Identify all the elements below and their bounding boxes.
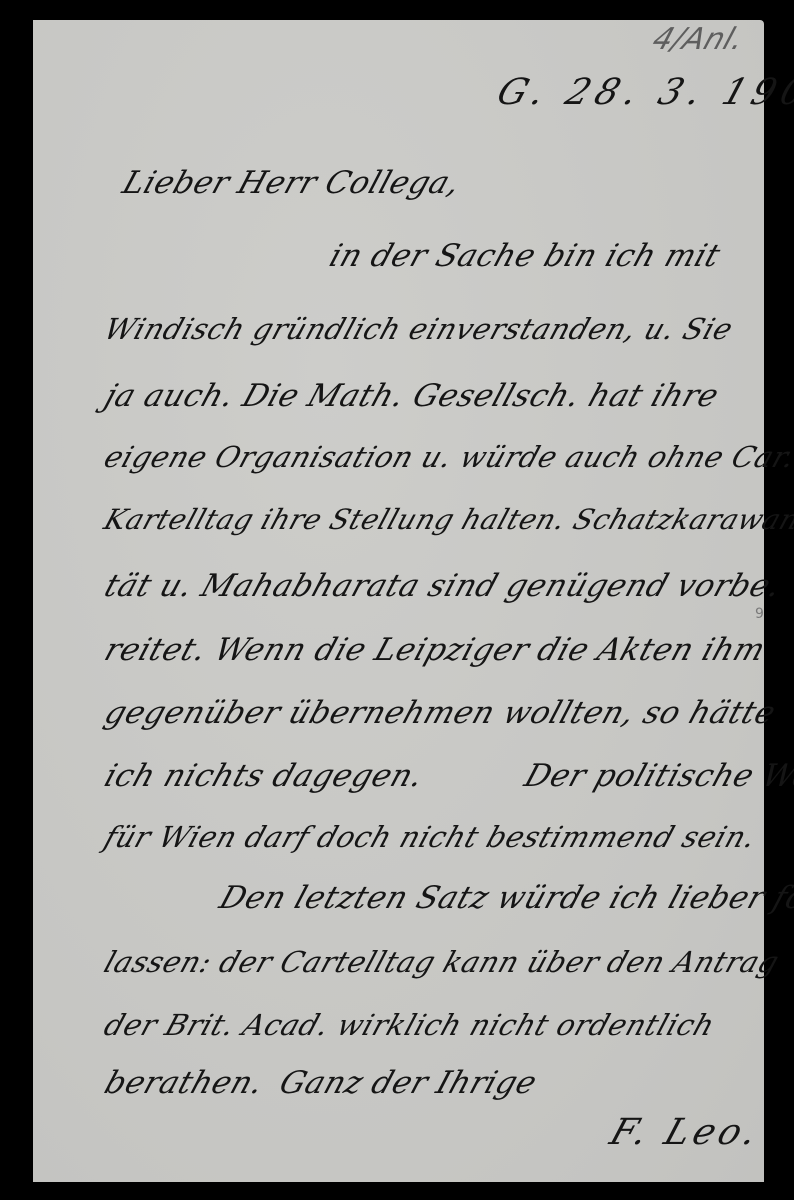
body-line-6: tät u. Mahabharata sind genügend vorbe. (100, 568, 786, 604)
archive-mark: 4/Anl. (648, 22, 749, 57)
letter-date: G. 28. 3. 1904 (492, 72, 794, 113)
body-line-14a: berathen. (100, 1065, 268, 1101)
closing: Ganz der Ihrige (275, 1065, 542, 1101)
body-line-11: Den letzten Satz würde ich lieber fort- (215, 880, 794, 916)
body-line-13: der Brit. Acad. wirklich nicht ordentlic… (100, 1008, 719, 1042)
salutation: Lieber Herr Collega, (118, 165, 465, 201)
pencil-page-number: 9 (755, 606, 764, 622)
body-line-8: gegenüber übernehmen wollten, so hätte (100, 695, 780, 731)
body-line-5: Kartelltag ihre Stellung halten. Schatzk… (100, 503, 794, 536)
body-line-3: ja auch. Die Math. Gesellsch. hat ihre (100, 378, 723, 414)
body-line-1: in der Sache bin ich mit (325, 238, 725, 274)
body-line-12: lassen: der Cartelltag kann über den Ant… (100, 945, 783, 979)
body-line-2: Windisch gründlich einverstanden, u. Sie (100, 312, 737, 346)
body-line-9a: ich nichts dagegen. (100, 758, 428, 794)
signature: F. Leo. (605, 1112, 766, 1153)
body-line-4: eigene Organisation u. würde auch ohne C… (100, 440, 794, 474)
body-line-9b: Der politische Wert (520, 758, 794, 794)
body-line-7: reitet. Wenn die Leipziger die Akten ihm (100, 632, 770, 668)
body-line-10: für Wien darf doch nicht bestimmend sein… (100, 820, 761, 854)
